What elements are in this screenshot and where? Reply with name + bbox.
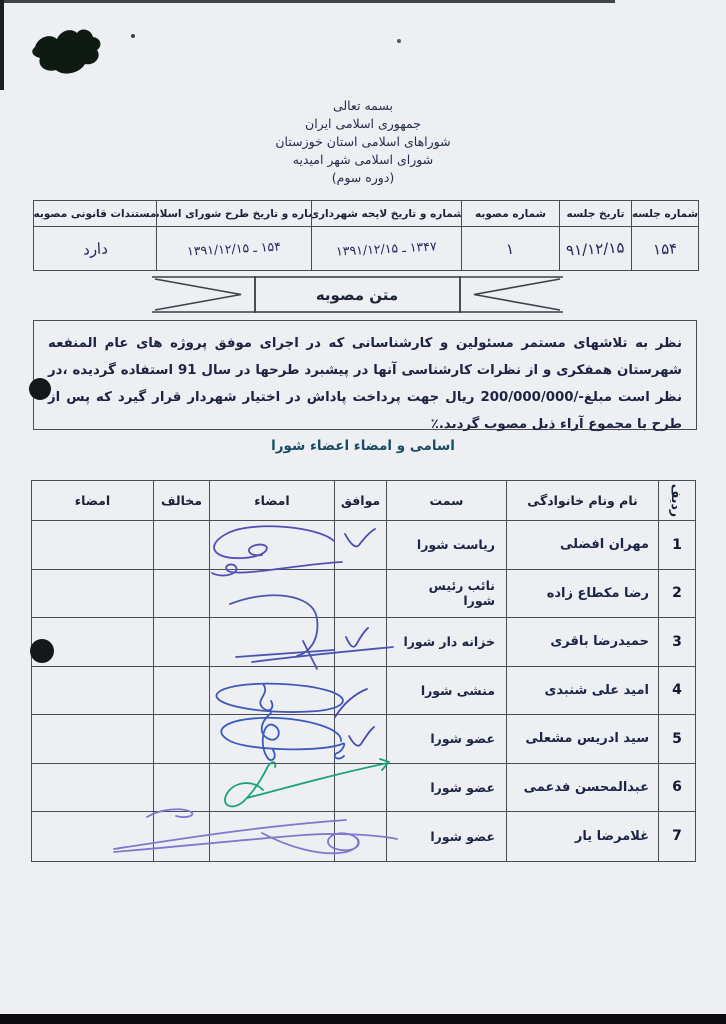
meta-value-plan-no-date: ۱۵۴ ـ ۱۳۹۱/۱۲/۱۵ xyxy=(156,227,311,270)
col-header-name: نام ونام خانوادگی xyxy=(506,481,658,521)
row-5-name: سید ادریس مشعلی xyxy=(506,715,658,764)
scan-speck-1 xyxy=(131,34,135,38)
row-4-oppose-cell xyxy=(153,667,209,716)
meta-value-session-no: ۱۵۴ xyxy=(631,227,698,270)
row-1-signature2-cell xyxy=(32,521,153,570)
row-7-position: عضو شورا xyxy=(386,812,506,861)
handwritten-bill-no-date: ۱۳۴۷ ـ ۱۳۹۱/۱۲/۱۵ xyxy=(336,238,437,258)
scan-speck-2 xyxy=(397,39,401,43)
meta-header-bill-no-date: شماره و تاریخ لایحه شهرداری xyxy=(311,201,461,227)
row-6-position: عضو شورا xyxy=(386,764,506,813)
row-3-oppose-cell xyxy=(153,618,209,667)
row-3-signature-cell xyxy=(209,618,334,667)
row-4-agree-cell xyxy=(334,667,386,716)
row-1-name: مهران افضلی xyxy=(506,521,658,570)
col-header-row-no: ردیف xyxy=(658,481,695,521)
members-section-title: اسامی و امضاء اعضاء شورا xyxy=(0,438,726,454)
row-6-name: عبدالمحسن فدعمی xyxy=(506,764,658,813)
col-header-oppose: مخالف xyxy=(153,481,209,521)
row-6-signature2-cell xyxy=(32,764,153,813)
row-1-agree-cell xyxy=(334,521,386,570)
row-6-agree-cell xyxy=(334,764,386,813)
scan-top-edge xyxy=(0,0,615,3)
row-1-no: 1 xyxy=(658,521,695,570)
stamp-blob xyxy=(32,30,100,74)
meta-header-legal-docs: مستندات قانونی مصوبه xyxy=(34,201,156,227)
row-7-agree-cell xyxy=(334,812,386,861)
scanned-document-page: { "letterhead": { "line1": "بسمه تعالی",… xyxy=(0,0,726,1024)
meta-value-bill-no-date: ۱۳۴۷ ـ ۱۳۹۱/۱۲/۱۵ xyxy=(311,227,461,270)
resolution-box: نظر به تلاشهای مستمر مسئولین و کارشناسان… xyxy=(33,320,697,430)
row-1-position: ریاست شورا xyxy=(386,521,506,570)
handwritten-legal-docs: دارد xyxy=(82,239,108,258)
row-5-signature2-cell xyxy=(32,715,153,764)
handwritten-session-no: ۱۵۴ xyxy=(652,239,677,258)
meta-header-resolution-no: شماره مصوبه xyxy=(461,201,559,227)
row-5-signature-cell xyxy=(209,715,334,764)
banner-right-chevron xyxy=(474,279,560,310)
row-3-signature2-cell xyxy=(32,618,153,667)
row-6-no: 6 xyxy=(658,764,695,813)
row-5-agree-cell xyxy=(334,715,386,764)
row-4-name: امید علی شنبدی xyxy=(506,667,658,716)
resolution-banner: متن مصوبه xyxy=(152,276,563,313)
row-4-signature2-cell xyxy=(32,667,153,716)
meta-value-session-date: ۹۱/۱۲/۱۵ xyxy=(559,227,631,270)
meta-value-legal-docs: دارد xyxy=(34,227,156,270)
banner-left-chevron xyxy=(155,279,241,310)
letterhead-province-councils: شوراهای اسلامی استان خوزستان xyxy=(0,133,726,151)
col-header-signature-2: امضاء xyxy=(32,481,153,521)
scan-left-edge xyxy=(0,0,4,90)
row-5-no: 5 xyxy=(658,715,695,764)
row-7-signature-cell xyxy=(209,812,334,861)
row-7-oppose-cell xyxy=(153,812,209,861)
col-header-position: سمت xyxy=(386,481,506,521)
meta-value-resolution-no: ۱ xyxy=(461,227,559,270)
meta-table: شماره جلسه تاریخ جلسه شماره مصوبه شماره … xyxy=(33,200,699,271)
row-2-agree-cell xyxy=(334,570,386,619)
row-3-position: خزانه دار شورا xyxy=(386,618,506,667)
row-7-no: 7 xyxy=(658,812,695,861)
scan-bottom-bar xyxy=(0,1014,726,1024)
row-4-signature-cell xyxy=(209,667,334,716)
letterhead-bismillah: بسمه تعالی xyxy=(0,97,726,115)
row-1-oppose-cell xyxy=(153,521,209,570)
row-6-signature-cell xyxy=(209,764,334,813)
row-2-oppose-cell xyxy=(153,570,209,619)
row-3-no: 3 xyxy=(658,618,695,667)
row-1-signature-cell xyxy=(209,521,334,570)
members-table: ردیف نام ونام خانوادگی سمت موافق امضاء م… xyxy=(31,480,696,862)
handwritten-plan-no-date: ۱۵۴ ـ ۱۳۹۱/۱۲/۱۵ xyxy=(187,239,282,259)
meta-header-session-date: تاریخ جلسه xyxy=(559,201,631,227)
letterhead-term: (دوره سوم) xyxy=(0,169,726,187)
meta-header-plan-no-date: شماره و تاریخ طرح شورای اسلامی xyxy=(156,201,311,227)
col-header-signature: امضاء xyxy=(209,481,334,521)
row-5-oppose-cell xyxy=(153,715,209,764)
row-2-position: نائب رئیس شورا xyxy=(386,570,506,619)
row-3-agree-cell xyxy=(334,618,386,667)
row-4-position: منشی شورا xyxy=(386,667,506,716)
row-2-signature-cell xyxy=(209,570,334,619)
col-header-agree: موافق xyxy=(334,481,386,521)
row-2-name: رضا مکطاع زاده xyxy=(506,570,658,619)
letterhead-city-council: شورای اسلامی شهر امیدیه xyxy=(0,151,726,169)
row-no-label: ردیف xyxy=(670,484,685,517)
banner-title: متن مصوبه xyxy=(316,286,398,304)
row-2-no: 2 xyxy=(658,570,695,619)
row-7-name: غلامرضا یار xyxy=(506,812,658,861)
row-6-oppose-cell xyxy=(153,764,209,813)
row-5-position: عضو شورا xyxy=(386,715,506,764)
row-7-signature2-cell xyxy=(32,812,153,861)
row-2-signature2-cell xyxy=(32,570,153,619)
resolution-text: نظر به تلاشهای مستمر مسئولین و کارشناسان… xyxy=(34,321,696,438)
handwritten-resolution-no: ۱ xyxy=(506,239,515,257)
letterhead: بسمه تعالی جمهوری اسلامی ایران شوراهای ا… xyxy=(0,97,726,187)
handwritten-session-date: ۹۱/۱۲/۱۵ xyxy=(566,238,625,259)
letterhead-country: جمهوری اسلامی ایران xyxy=(0,115,726,133)
meta-header-session-no: شماره جلسه xyxy=(631,201,698,227)
row-3-name: حمیدرضا باقری xyxy=(506,618,658,667)
row-4-no: 4 xyxy=(658,667,695,716)
